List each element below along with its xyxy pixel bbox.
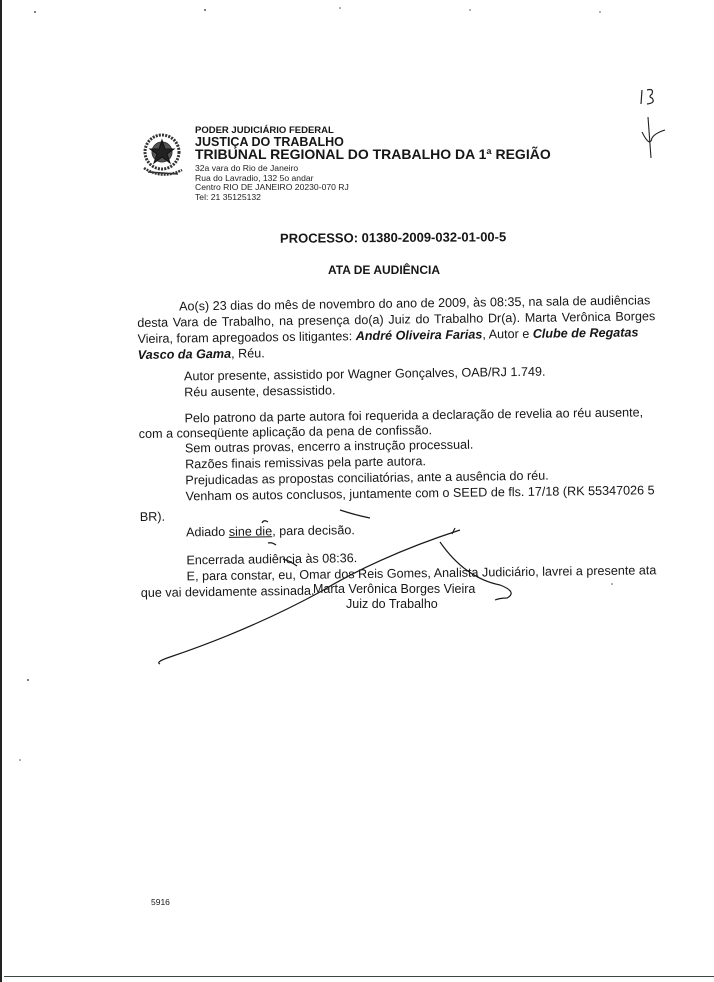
- header-line-3: TRIBUNAL REGIONAL DO TRABALHO DA 1ª REGI…: [195, 147, 551, 161]
- body-line: Adiado sine die, para decisão.: [186, 523, 355, 541]
- initials-mark-icon: [642, 117, 665, 158]
- document-title: ATA DE AUDIÊNCIA: [328, 263, 440, 277]
- address-line: Centro RIO DE JANEIRO 20230-070 RJ: [195, 183, 349, 192]
- signatory-title: Juiz do Trabalho: [346, 597, 438, 611]
- coat-of-arms-icon: [138, 126, 192, 182]
- defendant-name: Vasco da Gama: [138, 347, 232, 362]
- text: Vieira, foram apregoados os litigantes:: [137, 329, 355, 346]
- body-line: Autor presente, assistido por Wagner Gon…: [184, 365, 546, 385]
- document-page: PODER JUDICIÁRIO FEDERAL JUSTIÇA DO TRAB…: [0, 0, 714, 982]
- defendant-name: Clube de Regatas: [533, 325, 639, 340]
- body-line: que vai devidamente assinada.: [141, 584, 315, 602]
- minutes-body: Ao(s) 23 dias do mês de novembro do ano …: [137, 293, 657, 300]
- plaintiff-name: André Oliveira Farias: [356, 327, 483, 343]
- underlined-text: sine die: [229, 524, 273, 539]
- scan-bottom-line: [4, 976, 714, 977]
- signatory-name: Marta Verônica Borges Vieira: [313, 582, 475, 596]
- address-line: 32a vara do Rio de Janeiro: [195, 164, 298, 173]
- text: , para decisão.: [272, 523, 355, 538]
- scan-edge: [0, 0, 2, 982]
- handwritten-page-number-icon: [641, 90, 653, 105]
- body-line: Réu ausente, desassistido.: [184, 383, 335, 400]
- body-line: Sem outras provas, encerro a instrução p…: [185, 438, 474, 457]
- body-line: Encerrada audiência às 08:36.: [186, 551, 357, 569]
- footer-number: 5916: [151, 897, 170, 907]
- body-line: Vasco da Gama, Réu.: [138, 346, 265, 363]
- text: , Réu.: [231, 346, 265, 360]
- body-line: BR).: [140, 510, 165, 526]
- text: , Autor e: [482, 327, 533, 342]
- address-line: Tel: 21 35125132: [195, 193, 261, 202]
- process-number: PROCESSO: 01380-2009-032-01-00-5: [280, 229, 506, 246]
- text: Adiado: [186, 525, 229, 540]
